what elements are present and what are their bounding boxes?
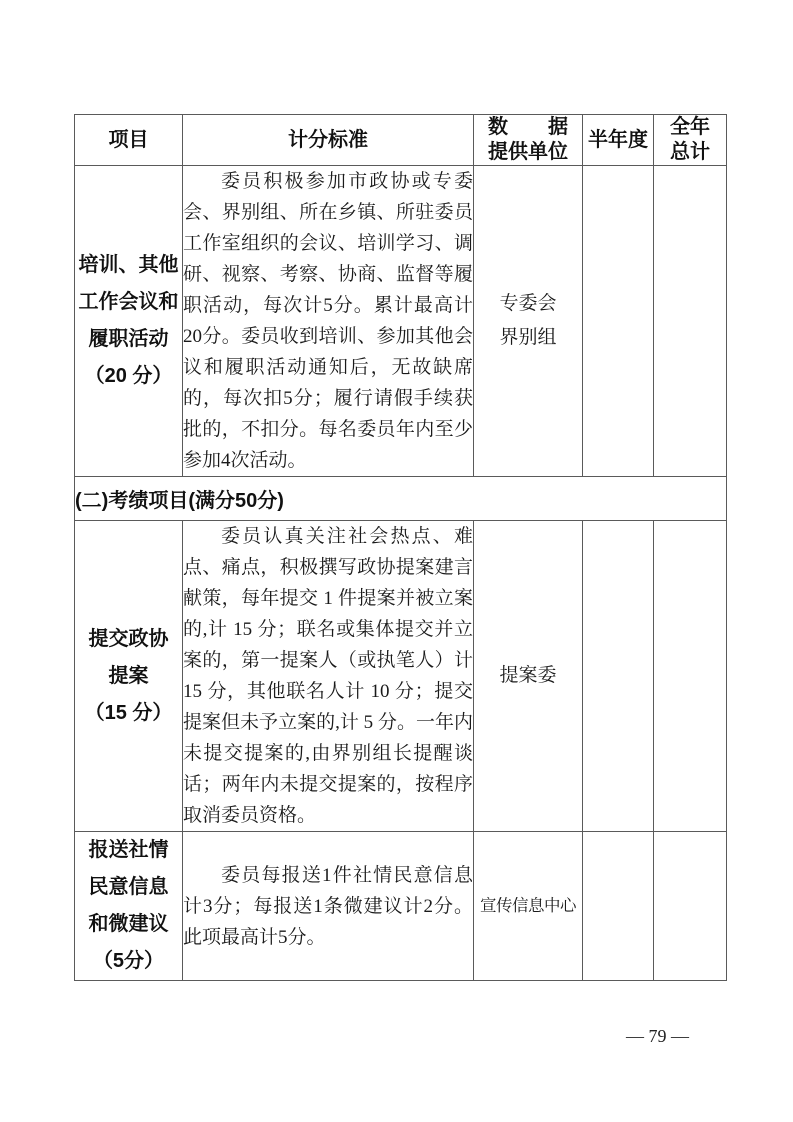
- annual-total-score-cell: [654, 166, 727, 477]
- page-number: — 79 —: [590, 1026, 725, 1047]
- document-page: 项目 计分标准 数 据 提供单位 半年度 全年 总计 培训、其他 工作会议和 履…: [0, 0, 793, 1122]
- half-year-score-cell: [583, 521, 654, 832]
- criteria-text: 委员积极参加市政协或专委会、界别组、所在乡镇、所驻委员工作室组织的会议、培训学习…: [183, 166, 474, 477]
- half-year-score-cell: [583, 832, 654, 981]
- item-name: 提交政协 提案 （15 分）: [75, 521, 183, 832]
- half-year-score-cell: [583, 166, 654, 477]
- data-provider-cell: 专委会 界别组: [474, 166, 583, 477]
- annual-total-score-cell: [654, 521, 727, 832]
- table-row-proposal-submission: 提交政协 提案 （15 分） 委员认真关注社会热点、难点、痛点，积极撰写政协提案…: [75, 521, 727, 832]
- table-row-social-opinion-info: 报送社情 民意信息 和微建议 （5分） 委员每报送1件社情民意信息计3分；每报送…: [75, 832, 727, 981]
- criteria-text: 委员认真关注社会热点、难点、痛点，积极撰写政协提案建言献策，每年提交 1 件提案…: [183, 521, 474, 832]
- criteria-text: 委员每报送1件社情民意信息计3分；每报送1条微建议计2分。此项最高计5分。: [183, 832, 474, 981]
- item-name: 报送社情 民意信息 和微建议 （5分）: [75, 832, 183, 981]
- section-header-row: (二)考绩项目(满分50分): [75, 477, 727, 521]
- header-data-provider: 数 据 提供单位: [474, 115, 583, 166]
- header-annual-total: 全年 总计: [654, 115, 727, 166]
- header-half-year: 半年度: [583, 115, 654, 166]
- section-header-label: (二)考绩项目(满分50分): [75, 477, 727, 521]
- table-row-training-activities: 培训、其他 工作会议和 履职活动 （20 分） 委员积极参加市政协或专委会、界别…: [75, 166, 727, 477]
- data-provider-cell: 提案委: [474, 521, 583, 832]
- header-item: 项目: [75, 115, 183, 166]
- scoring-criteria-table: 项目 计分标准 数 据 提供单位 半年度 全年 总计 培训、其他 工作会议和 履…: [74, 114, 727, 981]
- item-name: 培训、其他 工作会议和 履职活动 （20 分）: [75, 166, 183, 477]
- table-header-row: 项目 计分标准 数 据 提供单位 半年度 全年 总计: [75, 115, 727, 166]
- data-provider-cell: 宣传信息中心: [474, 832, 583, 981]
- annual-total-score-cell: [654, 832, 727, 981]
- header-scoring-criteria: 计分标准: [183, 115, 474, 166]
